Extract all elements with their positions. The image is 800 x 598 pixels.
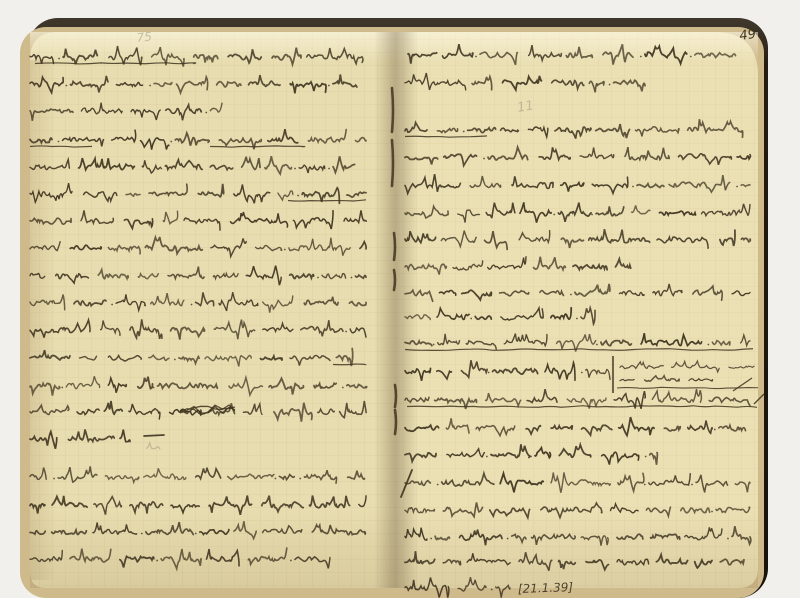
handwriting-punctuation (294, 168, 296, 170)
handwriting-punctuation (284, 249, 286, 251)
pencil-mark-75: 75 (136, 29, 153, 45)
handwriting-punctuation (317, 277, 319, 279)
handwriting-punctuation (53, 478, 55, 480)
notebook-scene: 49 75 11 [21.1.39] (0, 0, 800, 598)
handwriting-punctuation (691, 484, 693, 486)
handwriting-punctuation (488, 372, 490, 374)
margin-emphasis-mark (394, 233, 395, 260)
handwriting-punctuation (491, 589, 493, 591)
em-dash-stroke (144, 435, 164, 436)
handwriting-punctuation (58, 141, 60, 143)
handwriting-punctuation (596, 344, 598, 346)
margin-emphasis-mark (392, 88, 393, 132)
handwriting-punctuation (328, 168, 330, 170)
handwriting-punctuation (430, 538, 432, 540)
handwriting-punctuation (475, 56, 477, 58)
margin-emphasis-mark (395, 410, 396, 434)
handwriting-punctuation (170, 141, 172, 143)
margin-emphasis-mark (395, 385, 396, 407)
handwriting-punctuation (433, 344, 435, 346)
handwriting-punctuation (275, 478, 277, 480)
handwriting-punctuation (149, 85, 151, 87)
handwriting-punctuation (299, 478, 301, 480)
handwriting-punctuation (591, 214, 593, 216)
handwriting-punctuation (609, 84, 611, 86)
margin-emphasis-mark (392, 140, 393, 186)
handwriting-punctuation (328, 85, 330, 87)
handwriting-punctuation (156, 560, 158, 562)
date-note: [21.1.39] (518, 580, 574, 596)
handwriting-punctuation (205, 112, 207, 114)
handwriting-punctuation (640, 56, 642, 58)
handwriting-punctuation (342, 387, 344, 389)
handwriting-punctuation (65, 85, 67, 87)
handwriting-punctuation (714, 429, 716, 431)
handwriting-punctuation (437, 484, 439, 486)
handwriting-punctuation (553, 214, 555, 216)
handwriting-punctuation (570, 294, 572, 296)
handwriting-punctuation (483, 158, 485, 160)
spine-gutter-shadow (374, 32, 418, 588)
handwriting-punctuation (645, 456, 647, 458)
handwriting-punctuation (576, 318, 578, 320)
handwriting-punctuation (61, 387, 63, 389)
handwriting-punctuation (463, 131, 465, 133)
handwriting-punctuation (191, 304, 193, 306)
handwriting-punctuation (470, 318, 472, 320)
handwriting-punctuation (632, 186, 634, 188)
notebook-photo: 49 75 11 [21.1.39] (0, 0, 800, 598)
handwriting-punctuation (736, 186, 738, 188)
handwriting-punctuation (174, 359, 176, 361)
handwriting-punctuation (141, 533, 143, 535)
handwriting-punctuation (644, 484, 646, 486)
handwriting-punctuation (690, 56, 692, 58)
handwriting-punctuation (58, 58, 60, 60)
handwriting-punctuation (111, 304, 113, 306)
handwriting-punctuation (160, 168, 162, 170)
handwriting-punctuation (345, 331, 347, 333)
pencil-mark-11: 11 (516, 98, 535, 116)
handwriting-punctuation (486, 456, 488, 458)
handwriting-punctuation (153, 387, 155, 389)
handwriting-punctuation (727, 538, 729, 540)
page-number: 49 (738, 27, 756, 44)
handwriting-punctuation (297, 195, 299, 197)
handwriting-punctuation (507, 538, 509, 540)
handwriting-punctuation (707, 344, 709, 346)
handwriting-punctuation (290, 560, 292, 562)
handwriting-punctuation (351, 277, 353, 279)
handwriting-punctuation (195, 533, 197, 535)
handwriting-punctuation (530, 456, 532, 458)
margin-emphasis-mark (394, 270, 395, 290)
handwriting-punctuation (581, 372, 583, 374)
handwriting-punctuation (711, 511, 713, 513)
